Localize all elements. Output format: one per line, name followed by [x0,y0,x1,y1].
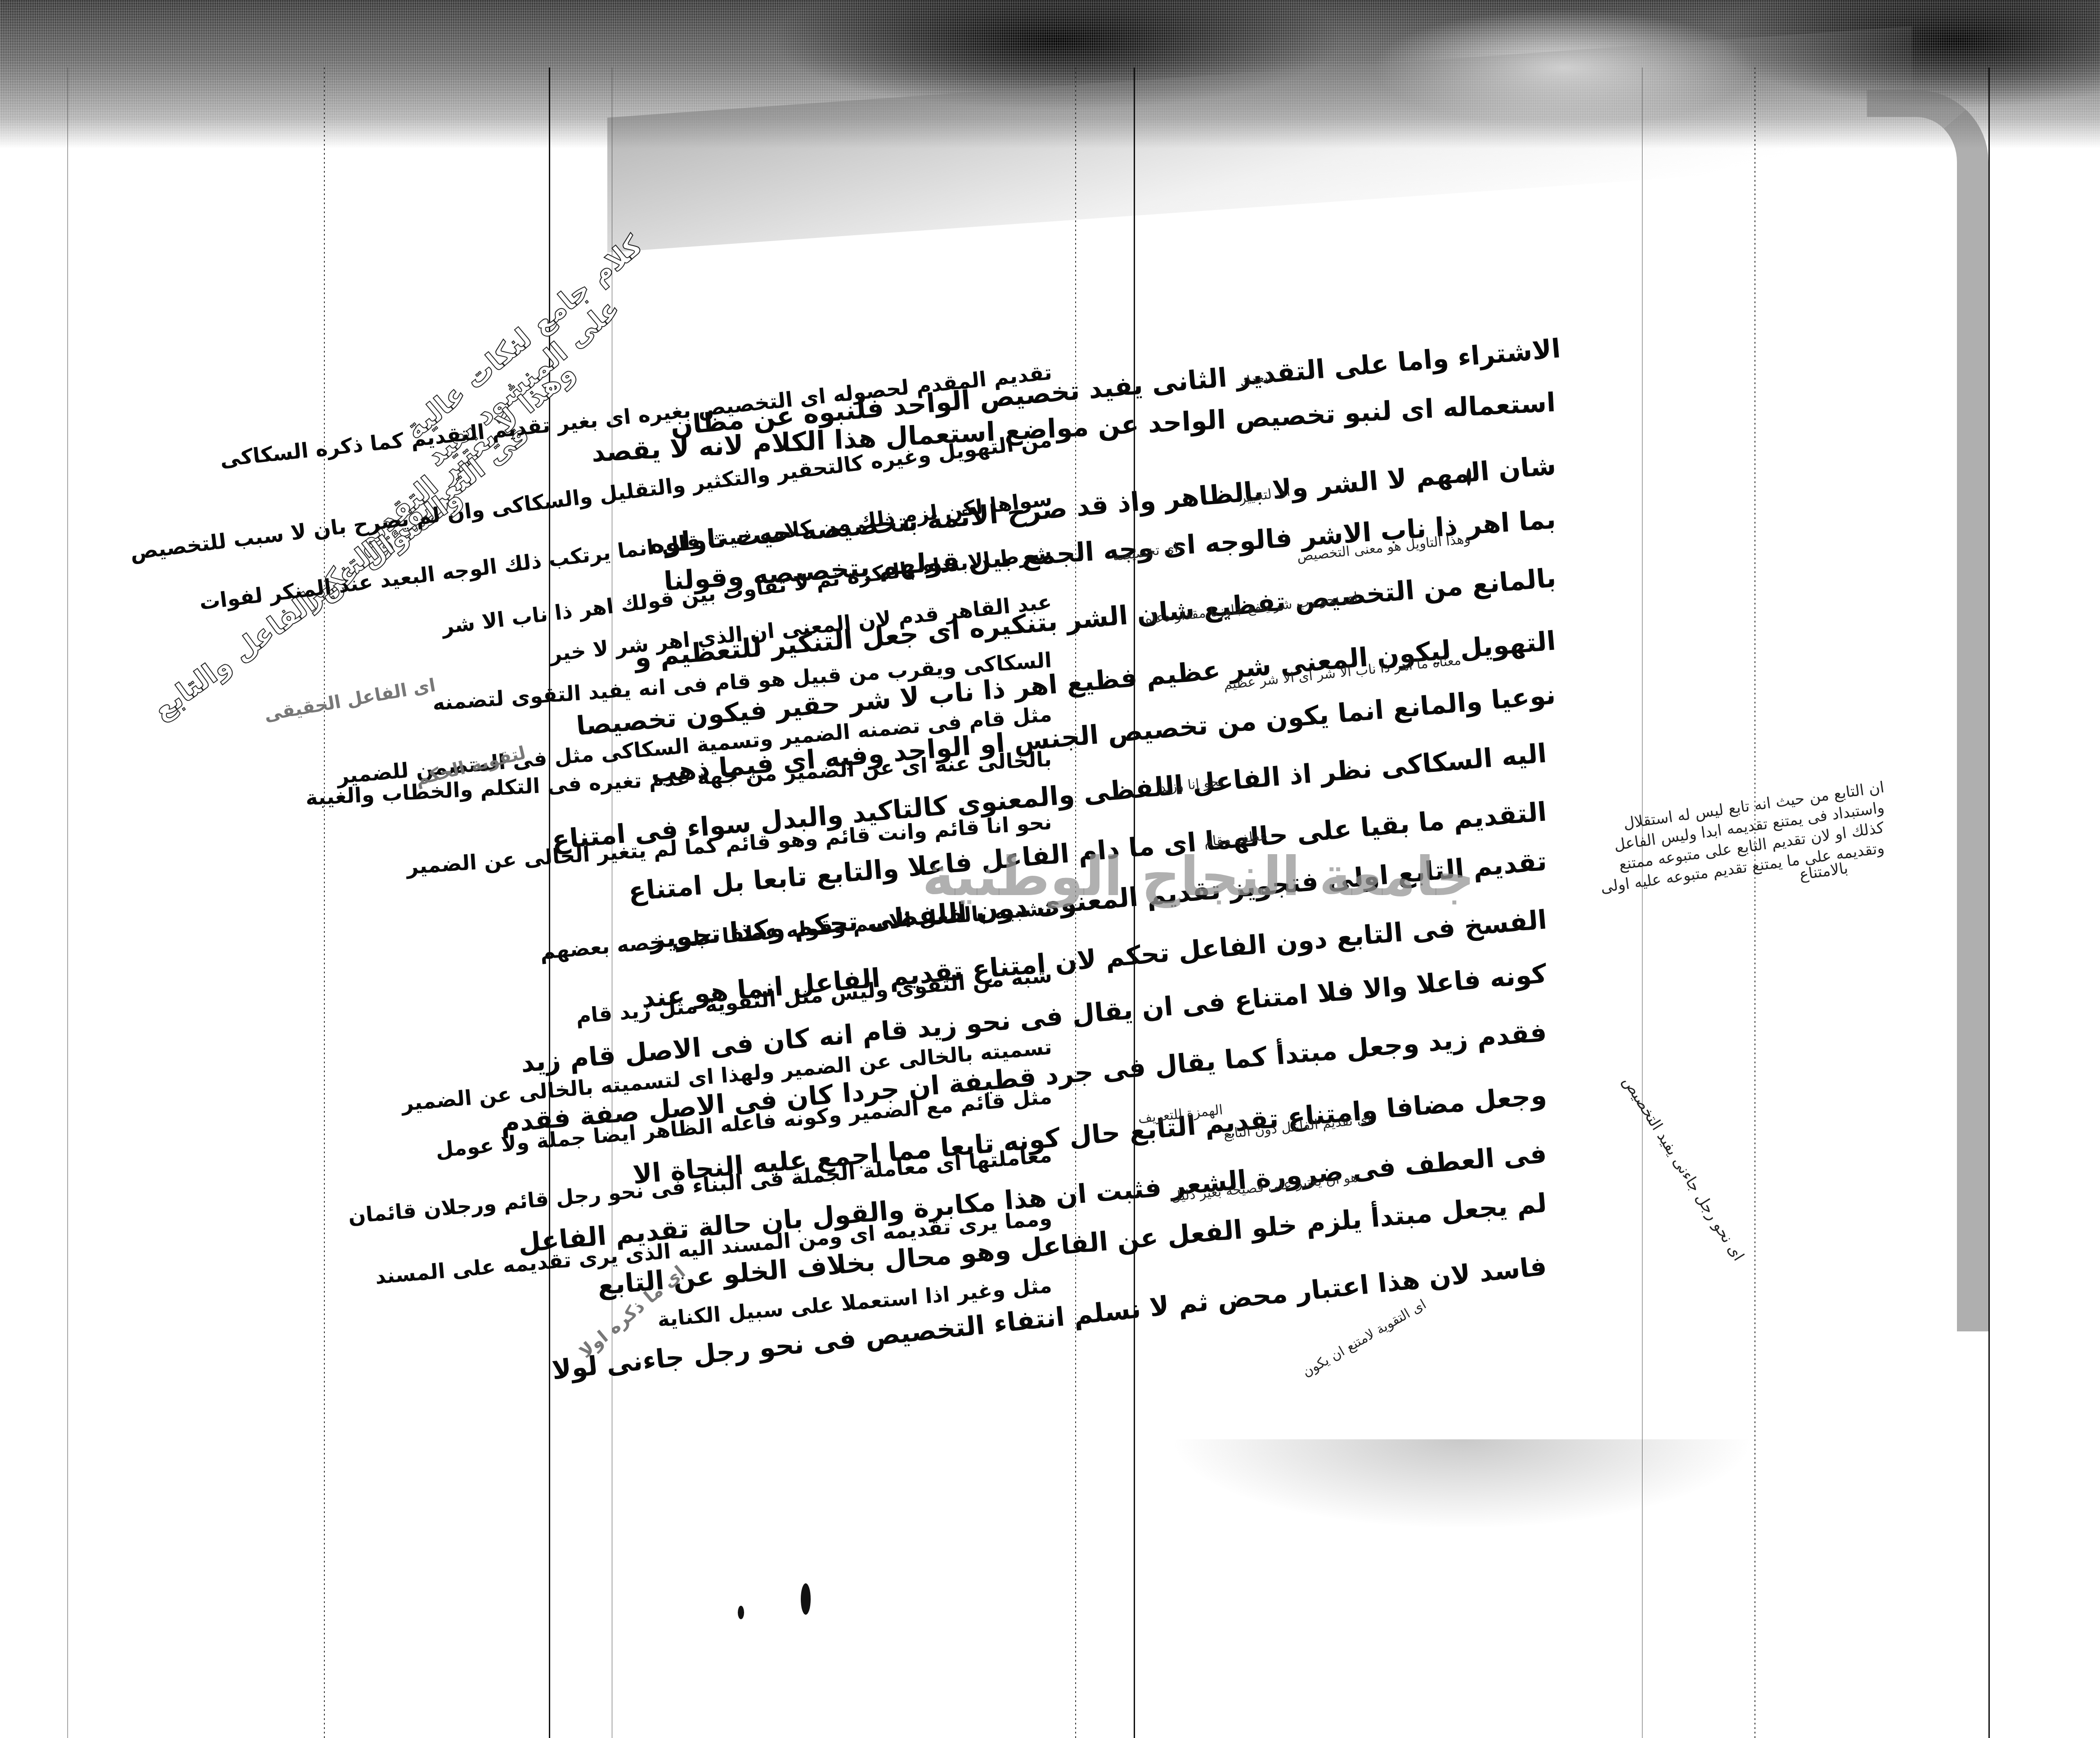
right-inner-rule [1642,67,1642,1738]
ink-speck [801,1583,811,1615]
left-fold-line [324,67,325,1738]
university-watermark: جامعة النجاح الوطنية [922,846,1475,908]
left-margin-rule [67,67,68,1738]
ink-speck [1467,468,1471,486]
manuscript-scan: الاشتراء واما على التقدير الثانى يفيد تخ… [0,0,2100,1738]
right-page-edge-rule [1988,67,1990,1738]
bottom-stipple-shadow [1170,1439,1754,1529]
gloss-12: اى التقوية لامتنع ان يكون [1300,1296,1429,1380]
right-fold-dotted [1754,67,1755,1738]
faint-marginalia-1: اى الفاعل الحقيقى [263,675,437,725]
ink-speck [738,1606,744,1619]
page-curl-edge [1867,90,1988,1331]
diagonal-margin-note: اى نحو رجل جاءنى يفيد التخصيص [1619,1073,1748,1264]
